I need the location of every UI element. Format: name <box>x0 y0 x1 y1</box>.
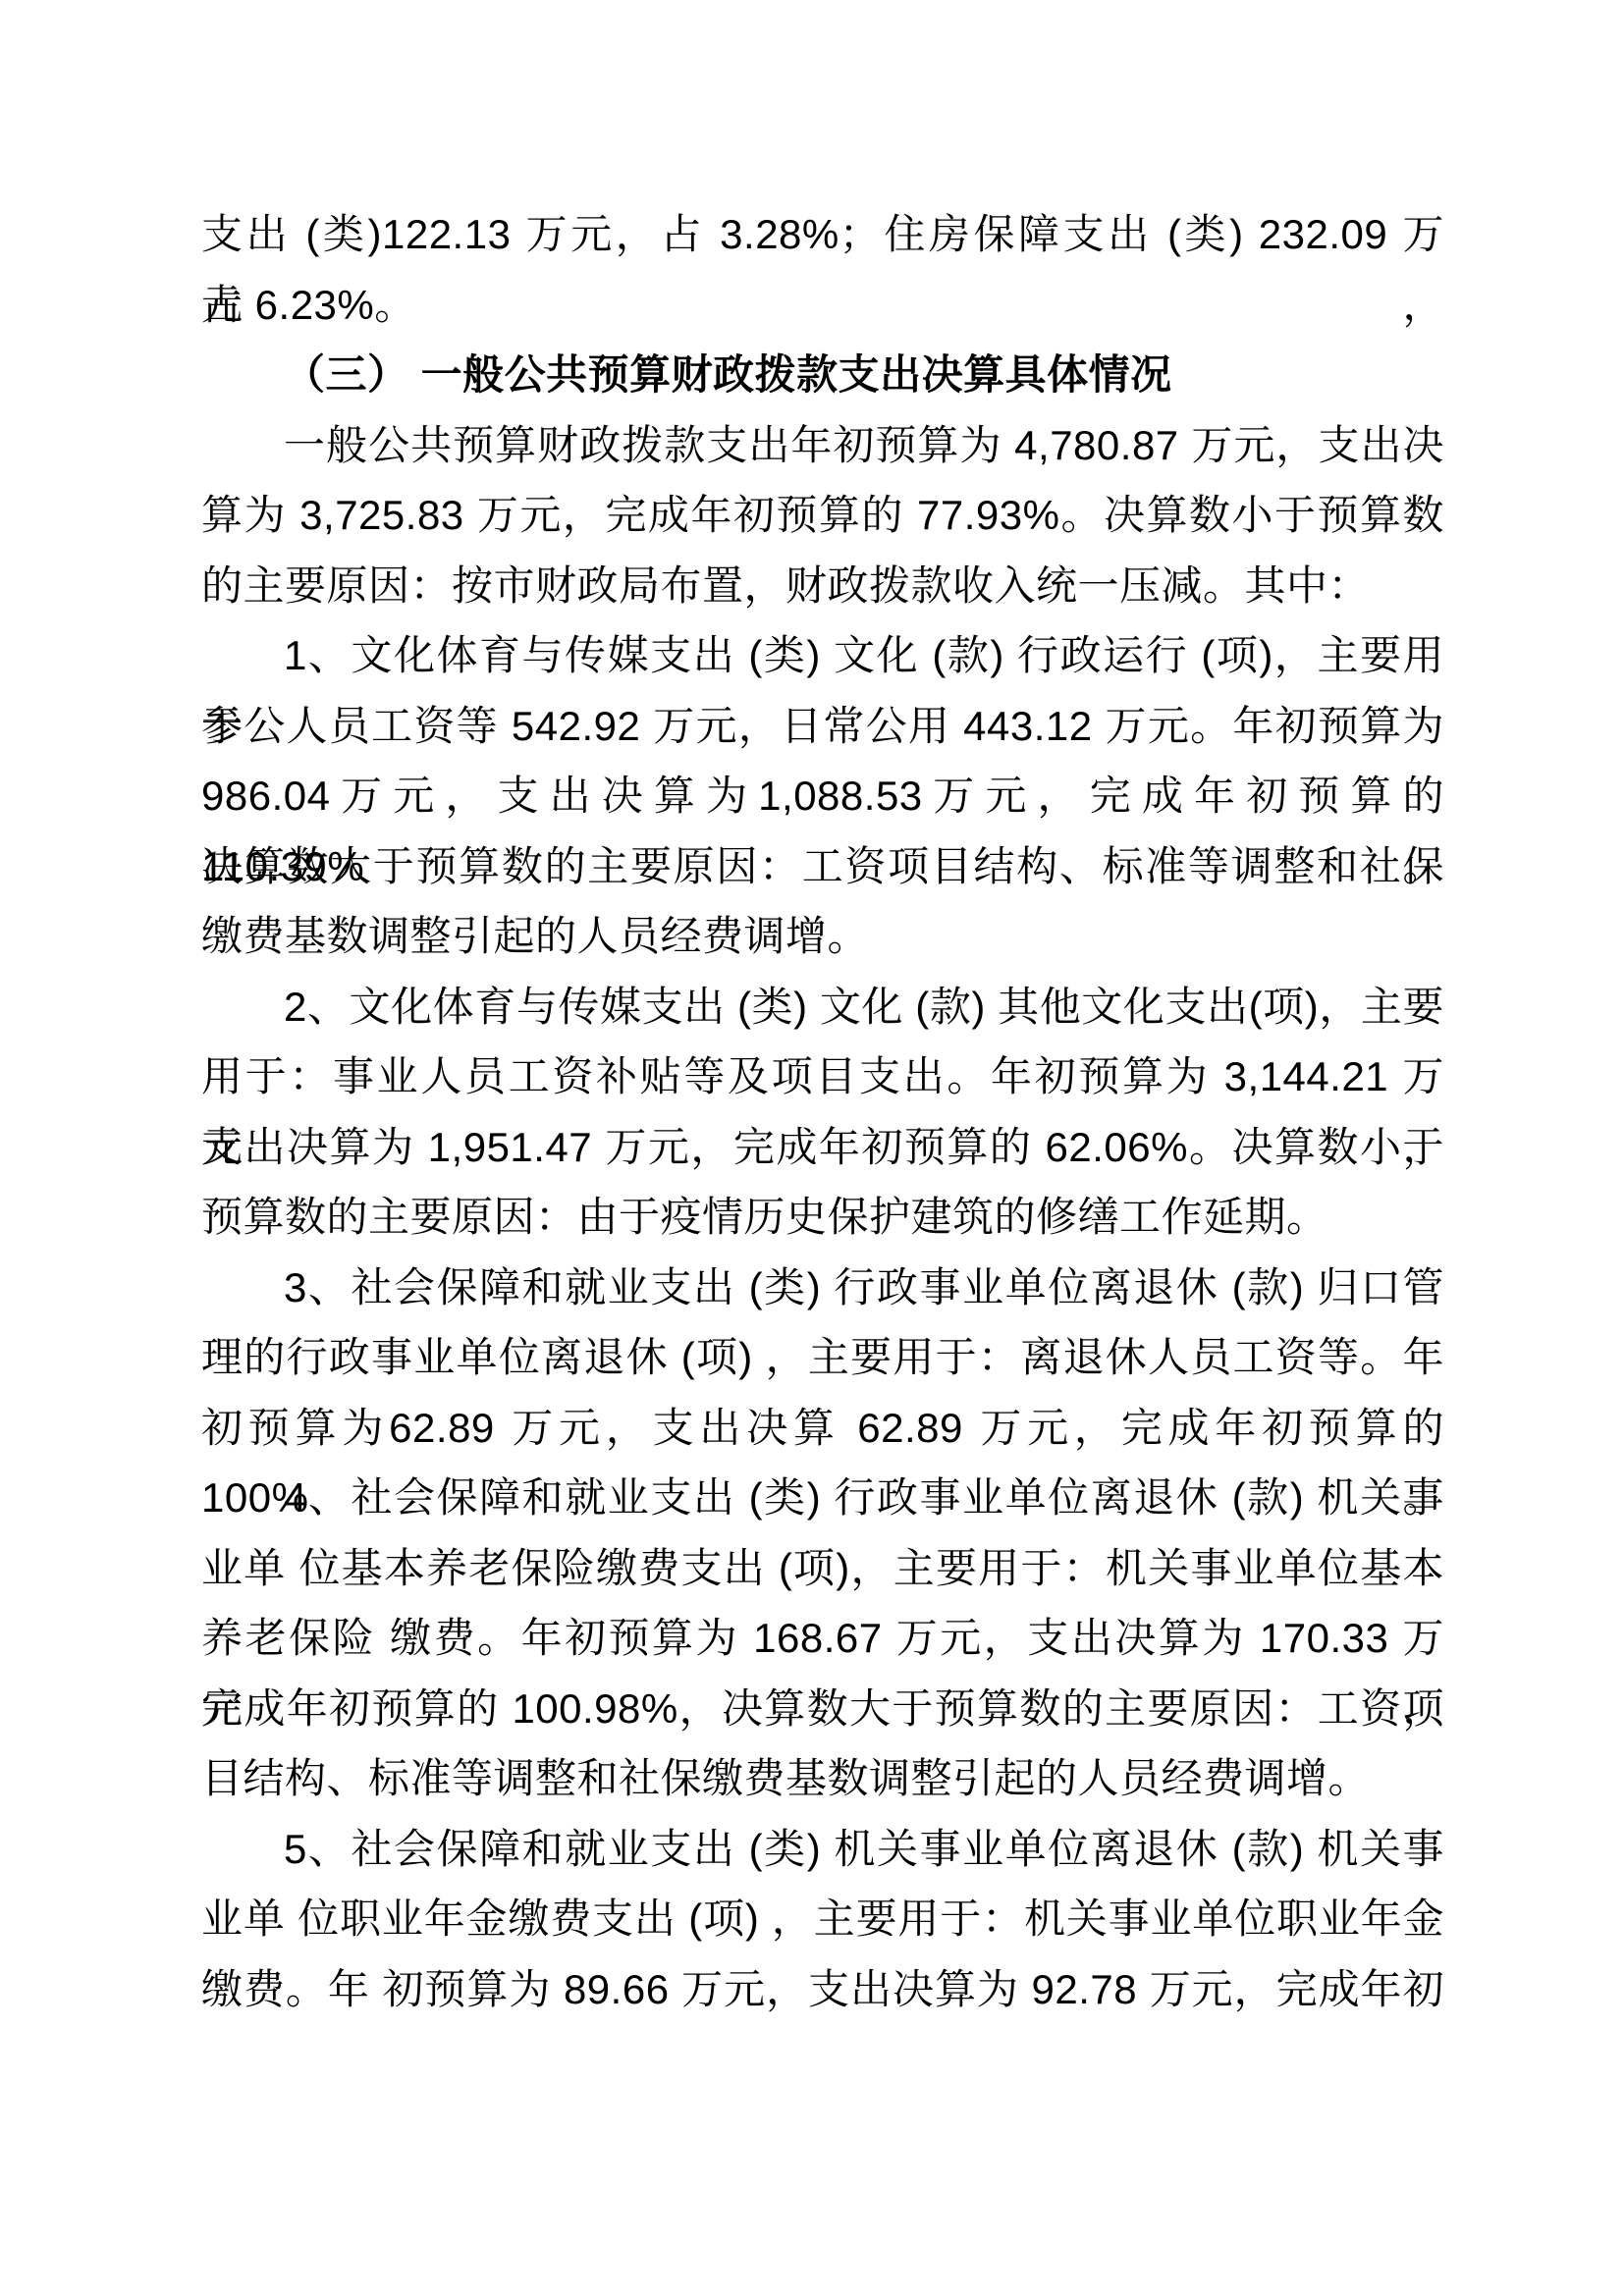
text-line: 1、文化体育与传媒支出 (类) 文化 (款) 行政运行 (项)，主要用于 <box>201 620 1444 691</box>
document-text-block: 支出 (类)122.13 万元，占 3.28%；住房保障支出 (类) 232.0… <box>201 199 1444 2024</box>
text-line: 一般公共预算财政拨款支出年初预算为 4,780.87 万元，支出决 <box>201 410 1444 481</box>
text-line: 2、文化体育与传媒支出 (类) 文化 (款) 其他文化支出(项)，主要 <box>201 972 1444 1042</box>
text-line: 业单 位职业年金缴费支出 (项) ，主要用于：机关事业单位职业年金 <box>201 1884 1444 1954</box>
text-line: 目结构、标准等调整和社保缴费基数调整引起的人员经费调增。 <box>201 1743 1444 1814</box>
text-line: 预算数的主要原因：由于疫情历史保护建筑的修缮工作延期。 <box>201 1182 1444 1253</box>
text-line: 初预算为62.89 万元，支出决算 62.89 万元，完成年初预算的 100%。 <box>201 1393 1444 1464</box>
document-page: 支出 (类)122.13 万元，占 3.28%；住房保障支出 (类) 232.0… <box>0 0 1624 2296</box>
text-line: 的主要原因：按市财政局布置，财政拨款收入统一压减。其中： <box>201 551 1444 621</box>
text-line: 用于：事业人员工资补贴等及项目支出。年初预算为 3,144.21 万元， <box>201 1041 1444 1112</box>
text-line: 支出 (类)122.13 万元，占 3.28%；住房保障支出 (类) 232.0… <box>201 199 1444 270</box>
text-line: 算为 3,725.83 万元，完成年初预算的 77.93%。决算数小于预算数 <box>201 480 1444 551</box>
text-line: 缴费。年 初预算为 89.66 万元，支出决算为 92.78 万元，完成年初 <box>201 1954 1444 2025</box>
text-line: 3、社会保障和就业支出 (类) 行政事业单位离退休 (款) 归口管 <box>201 1253 1444 1323</box>
text-line: 缴费基数调整引起的人员经费调增。 <box>201 901 1444 972</box>
text-line: 业单 位基本养老保险缴费支出 (项)，主要用于：机关事业单位基本 <box>201 1533 1444 1604</box>
section-heading: （三） 一般公共预算财政拨款支出决算具体情况 <box>201 340 1444 410</box>
text-line: 4、社会保障和就业支出 (类) 行政事业单位离退休 (款) 机关事 <box>201 1463 1444 1533</box>
text-line: 986.04万元，支出决算为1,088.53万元，完成年初预算的110.39%。 <box>201 761 1444 831</box>
text-line: 支出决算为 1,951.47 万元，完成年初预算的 62.06%。决算数小于 <box>201 1112 1444 1183</box>
text-line: 养老保险 缴费。年初预算为 168.67 万元，支出决算为 170.33 万元， <box>201 1603 1444 1674</box>
text-line: 理的行政事业单位离退休 (项) ，主要用于：离退休人员工资等。年 <box>201 1322 1444 1393</box>
text-line: 完成年初预算的 100.98%，决算数大于预算数的主要原因：工资项 <box>201 1674 1444 1744</box>
text-line: 决算数大于预算数的主要原因：工资项目结构、标准等调整和社保 <box>201 831 1444 902</box>
text-line: 5、社会保障和就业支出 (类) 机关事业单位离退休 (款) 机关事 <box>201 1814 1444 1885</box>
text-line: 参公人员工资等 542.92 万元，日常公用 443.12 万元。年初预算为 <box>201 691 1444 762</box>
